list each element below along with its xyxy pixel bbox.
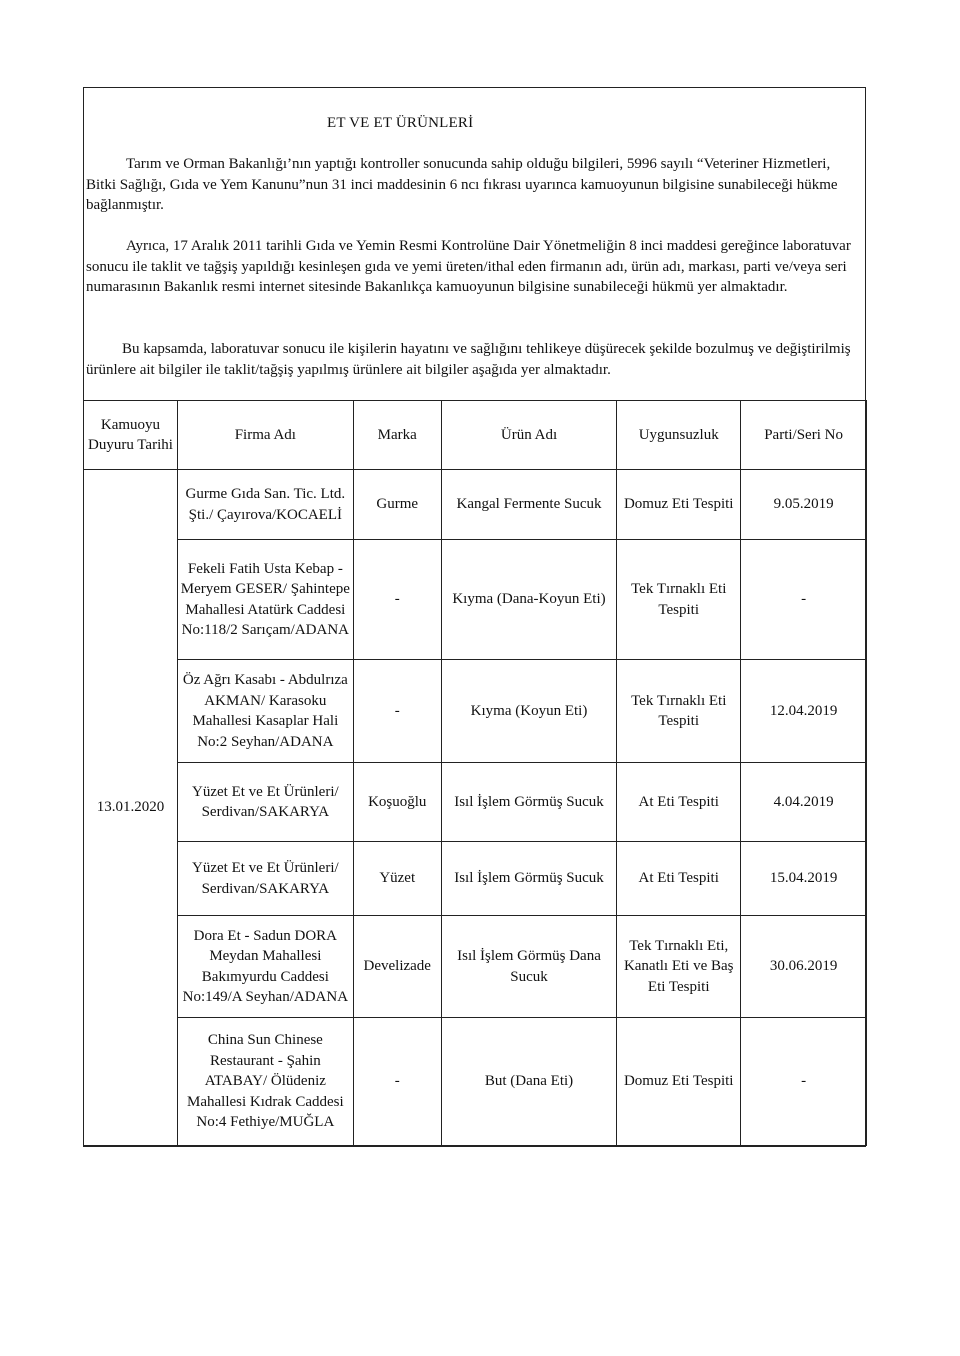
product-cell: Kıyma (Koyun Eti) — [441, 660, 617, 763]
issue-cell: At Eti Tespiti — [617, 763, 741, 842]
firm-cell: Fekeli Fatih Usta Kebap - Meryem GESER/ … — [177, 540, 353, 660]
table-row: Yüzet Et ve Et Ürünleri/ Serdivan/SAKARY… — [84, 763, 867, 842]
firm-cell: Yüzet Et ve Et Ürünleri/ Serdivan/SAKARY… — [177, 842, 353, 916]
batch-cell: 9.05.2019 — [741, 470, 867, 540]
issue-cell: Domuz Eti Tespiti — [617, 470, 741, 540]
brand-cell: Koşuoğlu — [353, 763, 441, 842]
table-header-row: Kamuoyu Duyuru Tarihi Firma Adı Marka Ür… — [84, 401, 867, 470]
header-brand: Marka — [353, 401, 441, 470]
document-frame: ET VE ET ÜRÜNLERİ Tarım ve Orman Bakanlı… — [83, 87, 866, 1147]
firm-cell: Öz Ağrı Kasabı - Abdulrıza AKMAN/ Karaso… — [177, 660, 353, 763]
batch-cell: 12.04.2019 — [741, 660, 867, 763]
batch-cell: 30.06.2019 — [741, 916, 867, 1018]
firm-cell: China Sun Chinese Restaurant - Şahin ATA… — [177, 1018, 353, 1146]
brand-cell: - — [353, 1018, 441, 1146]
firm-cell: Dora Et - Sadun DORA Meydan Mahallesi Ba… — [177, 916, 353, 1018]
batch-cell: - — [741, 1018, 867, 1146]
violations-table: Kamuoyu Duyuru Tarihi Firma Adı Marka Ür… — [83, 400, 867, 1146]
issue-cell: Tek Tırnaklı Eti Tespiti — [617, 540, 741, 660]
brand-cell: Develizade — [353, 916, 441, 1018]
header-product: Ürün Adı — [441, 401, 617, 470]
header-batch: Parti/Seri No — [741, 401, 867, 470]
table-row: Dora Et - Sadun DORA Meydan Mahallesi Ba… — [84, 916, 867, 1018]
product-cell: But (Dana Eti) — [441, 1018, 617, 1146]
paragraph-scope: Bu kapsamda, laboratuvar sonucu ile kişi… — [86, 339, 861, 380]
header-firm: Firma Adı — [177, 401, 353, 470]
batch-cell: - — [741, 540, 867, 660]
issue-cell: Tek Tırnaklı Eti Tespiti — [617, 660, 741, 763]
issue-cell: At Eti Tespiti — [617, 842, 741, 916]
table-row: Yüzet Et ve Et Ürünleri/ Serdivan/SAKARY… — [84, 842, 867, 916]
issue-cell: Tek Tırnaklı Eti, Kanatlı Eti ve Baş Eti… — [617, 916, 741, 1018]
product-cell: Kangal Fermente Sucuk — [441, 470, 617, 540]
header-issue: Uygunsuzluk — [617, 401, 741, 470]
product-cell: Isıl İşlem Görmüş Sucuk — [441, 842, 617, 916]
firm-cell: Yüzet Et ve Et Ürünleri/ Serdivan/SAKARY… — [177, 763, 353, 842]
announcement-date-cell: 13.01.2020 — [84, 470, 178, 1146]
brand-cell: - — [353, 540, 441, 660]
table-row: Fekeli Fatih Usta Kebap - Meryem GESER/ … — [84, 540, 867, 660]
issue-cell: Domuz Eti Tespiti — [617, 1018, 741, 1146]
batch-cell: 4.04.2019 — [741, 763, 867, 842]
product-cell: Isıl İşlem Görmüş Sucuk — [441, 763, 617, 842]
table-row: Öz Ağrı Kasabı - Abdulrıza AKMAN/ Karaso… — [84, 660, 867, 763]
brand-cell: Yüzet — [353, 842, 441, 916]
document-title: ET VE ET ÜRÜNLERİ — [84, 115, 865, 132]
table-row: China Sun Chinese Restaurant - Şahin ATA… — [84, 1018, 867, 1146]
batch-cell: 15.04.2019 — [741, 842, 867, 916]
product-cell: Isıl İşlem Görmüş Dana Sucuk — [441, 916, 617, 1018]
header-announcement-date: Kamuoyu Duyuru Tarihi — [84, 401, 178, 470]
paragraph-legal-basis: Tarım ve Orman Bakanlığı’nın yaptığı kon… — [86, 154, 861, 216]
paragraph-regulation: Ayrıca, 17 Aralık 2011 tarihli Gıda ve Y… — [86, 236, 861, 298]
firm-cell: Gurme Gıda San. Tic. Ltd. Şti./ Çayırova… — [177, 470, 353, 540]
product-cell: Kıyma (Dana-Koyun Eti) — [441, 540, 617, 660]
brand-cell: Gurme — [353, 470, 441, 540]
table-row: 13.01.2020Gurme Gıda San. Tic. Ltd. Şti.… — [84, 470, 867, 540]
brand-cell: - — [353, 660, 441, 763]
